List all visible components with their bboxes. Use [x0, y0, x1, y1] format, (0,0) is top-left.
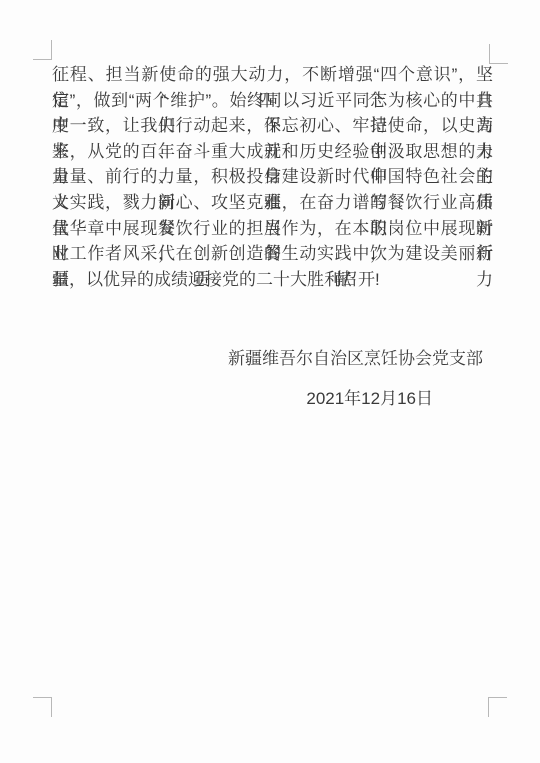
body-text-line: 力量、前行的力量，积极投身建设新时代中国特色社会主义新疆的伟 [52, 164, 493, 190]
body-text-line: 征程、担当新使命的强大动力，不断增强“四个意识”，坚定“四个自 [52, 62, 493, 88]
crop-mark-bottom-left [33, 697, 52, 717]
document-page: 征程、担当新使命的强大动力，不断增强“四个意识”，坚定“四个自 信”，做到“两个… [0, 0, 540, 763]
date-line: 2021年12月16日 [52, 386, 493, 412]
document-body: 征程、担当新使命的强大动力，不断增强“四个意识”，坚定“四个自 信”，做到“两个… [52, 62, 493, 292]
body-text-line: 代华章中展现餐饮行业的担当作为，在本职岗位中展现新时代餐饮行 [52, 216, 493, 242]
body-text-line: 信”，做到“两个维护”。始终同以习近平同志为核心的中共中央保持高 [52, 88, 493, 114]
crop-mark-top-left [33, 40, 52, 60]
body-text-line: 大实践，戮力同心、攻坚克难，在奋力谱写餐饮行业高质量发展的时 [52, 190, 493, 216]
body-text-line: 来，从党的百年奋斗重大成就和历史经验中汲取思想的力量、信仰的 [52, 139, 493, 165]
crop-mark-top-right [489, 44, 508, 64]
body-text-line: 度一致，让我们行动起来，不忘初心、牢记使命，以史为鉴、开创未 [52, 113, 493, 139]
crop-mark-bottom-right [488, 697, 507, 717]
body-text-line: 业工作者风采，在创新创造的生动实践中，为建设美丽新疆贡献力 [52, 241, 493, 267]
signature-line: 新疆维吾尔自治区烹饪协会党支部 [52, 346, 493, 372]
